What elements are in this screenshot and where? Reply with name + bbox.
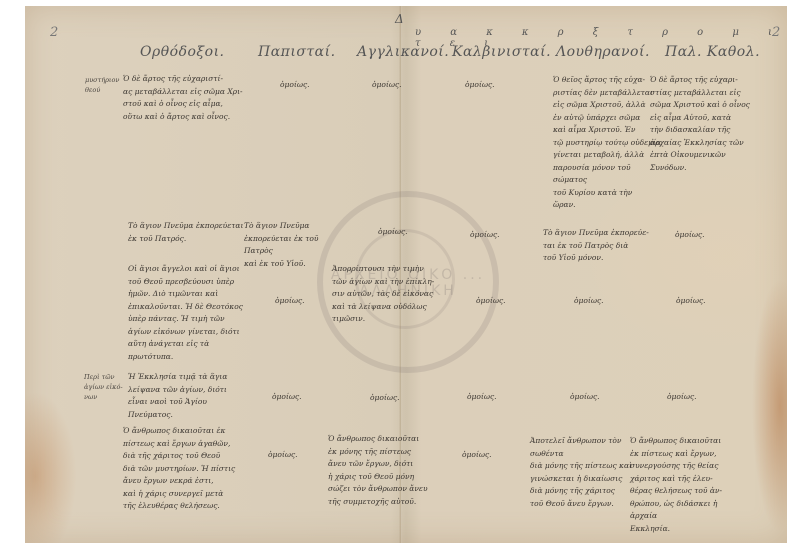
cell-anglicans: ὁμοίως.	[372, 80, 402, 89]
cell-lutherans: Ἀποτελεῖ ἄνθρωπον τὸν σωθέντα διὰ μόνης …	[530, 435, 645, 510]
cell-papists: ὁμοίως.	[280, 80, 310, 89]
cell-orthodox: Τὸ ἅγιον Πνεῦμα ἐκπορεύεται ἐκ τοῦ Πατρό…	[128, 220, 248, 245]
top-marker: Δ	[395, 12, 404, 26]
row-margin-note: Περὶ τῶν ἁγίων εἰκό- νων	[84, 372, 123, 402]
cell-old-catholics: Ὁ δὲ ἄρτος τῆς εὐχαρι- στίας μεταβάλλετα…	[650, 74, 760, 174]
page-number-left: 2	[50, 25, 58, 40]
column-header-anglicans: Αγγλικανοί.	[357, 44, 449, 60]
column-header-papists: Παπισταί.	[258, 44, 336, 60]
cell-old-catholics: ὁμοίως.	[667, 392, 697, 401]
cell-orthodox: Οἱ ἅγιοι ἄγγελοι καὶ οἱ ἅγιοι τοῦ Θεοῦ π…	[128, 263, 248, 363]
cell-calvinists: ὁμοίως.	[465, 80, 495, 89]
cell-old-catholics: ὁμοίως.	[676, 296, 706, 305]
row-margin-note: μυστήριον θεού	[85, 75, 119, 95]
cell-papists: ὁμοίως.	[272, 392, 302, 401]
column-header-lutherans: Λουθηρανοί.	[556, 44, 650, 60]
cell-old-catholics: Ὁ ἄνθρωπος δικαιοῦται ἐκ πίστεως καὶ ἔργ…	[630, 435, 740, 535]
cell-papists: ὁμοίως.	[275, 296, 305, 305]
cell-old-catholics: ὁμοίως.	[675, 230, 705, 239]
cell-anglicans: ὁμοίως.	[378, 227, 408, 236]
cell-calvinists: ὁμοίως.	[470, 230, 500, 239]
column-header-calvinists: Καλβινισταί.	[452, 44, 551, 60]
cell-orthodox: Ὁ ἄνθρωπος δικαιοῦται ἐκ πίστεως καὶ ἔργ…	[123, 425, 248, 513]
column-header-orthodox: Ορθόδοξοι.	[140, 44, 225, 60]
cell-lutherans: Ὁ θεῖος ἄρτος τῆς εὐχα- ριστίας δὲν μετα…	[553, 74, 663, 212]
cell-calvinists: ὁμοίως.	[467, 392, 497, 401]
cell-anglicans: Ὁ ἄνθρωπος δικαιοῦται ἐκ μόνης τῆς πίστε…	[328, 433, 443, 508]
cell-lutherans: ὁμοίως.	[570, 392, 600, 401]
cell-orthodox: Ὁ δὲ ἄρτος τῆς εὐχαριστί- ας μεταβάλλετα…	[123, 73, 248, 123]
cell-papists: Τὸ ἅγιον Πνεῦμα ἐκπορεύεται ἐκ τοῦ Πατρὸ…	[244, 220, 344, 270]
column-header-old-catholics: Παλ. Καθολ.	[665, 44, 760, 60]
cell-calvinists: ὁμοίως.	[476, 296, 506, 305]
cell-anglicans: Ἀπορρίπτουσι τὴν τιμὴν τῶν ἁγίων καὶ τὴν…	[332, 263, 442, 326]
cell-orthodox: Ἡ Ἐκκλησία τιμᾷ τὰ ἅγια λείψανα τῶν ἁγίω…	[128, 371, 248, 421]
cell-calvinists: ὁμοίως.	[462, 450, 492, 459]
cell-lutherans: Τὸ ἅγιον Πνεῦμα ἐκπορεύε- ται ἐκ τοῦ Πατ…	[543, 227, 653, 265]
cell-lutherans: ὁμοίως.	[574, 296, 604, 305]
cell-anglicans: ὁμοίως.	[370, 393, 400, 402]
cell-papists: ὁμοίως.	[268, 450, 298, 459]
